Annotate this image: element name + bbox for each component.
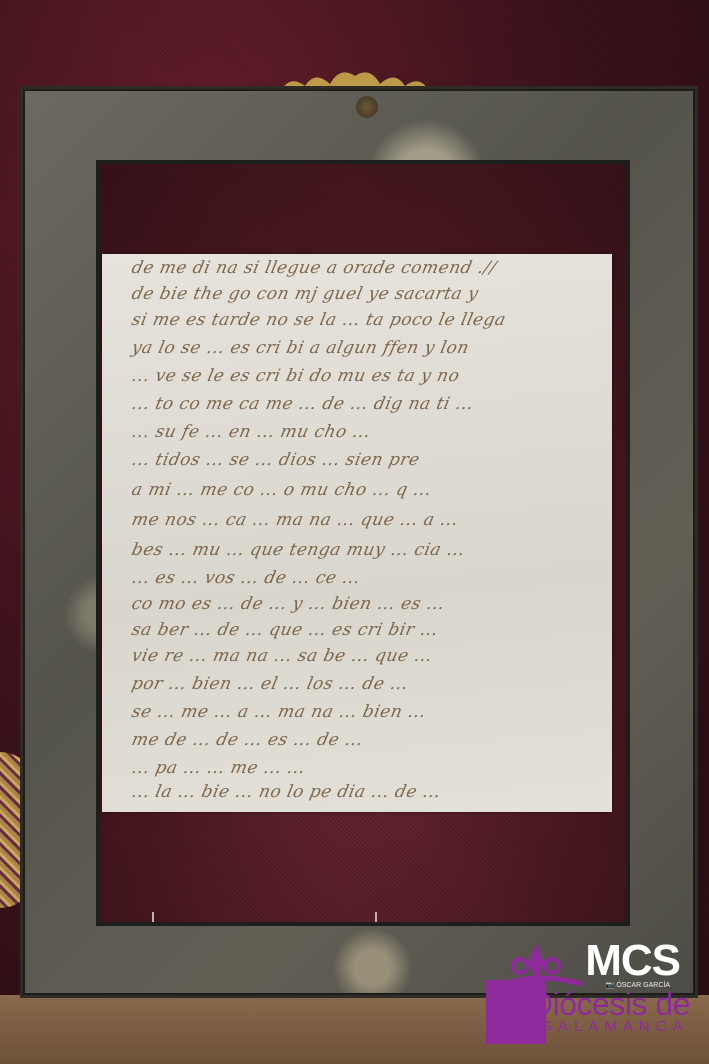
letter-line: ... su fe ... en ... mu cho ...	[130, 422, 600, 442]
letter-line: me nos ... ca ... ma na ... que ... a ..…	[130, 510, 600, 530]
letter-line: sa ber ... de ... que ... es cri bir ...	[130, 620, 600, 640]
letter-line: vie re ... ma na ... sa be ... que ...	[130, 646, 600, 666]
frame-screw	[356, 96, 378, 118]
handwritten-letter: de me di na si llegue a orade comend .//…	[102, 254, 612, 812]
agency-name: MCS	[585, 936, 680, 986]
frame-pin	[152, 912, 154, 922]
letter-line: de bie the go con mj guel ye sacarta y	[130, 284, 600, 304]
letter-line: ... es ... vos ... de ... ce ...	[130, 568, 600, 588]
letter-line: de me di na si llegue a orade comend .//	[130, 258, 600, 278]
letter-line: co mo es ... de ... y ... bien ... es ..…	[130, 594, 600, 614]
letter-line: a mi ... me co ... o mu cho ... q ...	[130, 480, 600, 500]
letter-line: ya lo se ... es cri bi a algun ffen y lo…	[130, 338, 600, 358]
letter-line: se ... me ... a ... ma na ... bien ...	[130, 702, 600, 722]
letter-line: ... to co me ca me ... de ... dig na ti …	[130, 394, 600, 414]
letter-line: si me es tarde no se la ... ta poco le l…	[130, 310, 600, 330]
letter-line: ... tidos ... se ... dios ... sien pre	[130, 450, 600, 470]
letter-line: me de ... de ... es ... de ...	[130, 730, 600, 750]
organization-city: SALAMANCA	[542, 1018, 689, 1035]
letter-line: bes ... mu ... que tenga muy ... cia ...	[130, 540, 600, 560]
letter-line: ... ve se le es cri bi do mu es ta y no	[130, 366, 600, 386]
frame-pin	[375, 912, 377, 922]
letter-line: ... pa ... ... me ... ...	[130, 758, 600, 778]
letter-line: ... la ... bie ... no lo pe dia ... de .…	[130, 782, 600, 802]
letter-line: por ... bien ... el ... los ... de ...	[130, 674, 600, 694]
watermark-logo: MCS 📷 ÓSCAR GARCÍA Diócesis de SALAMANCA	[486, 936, 698, 1044]
